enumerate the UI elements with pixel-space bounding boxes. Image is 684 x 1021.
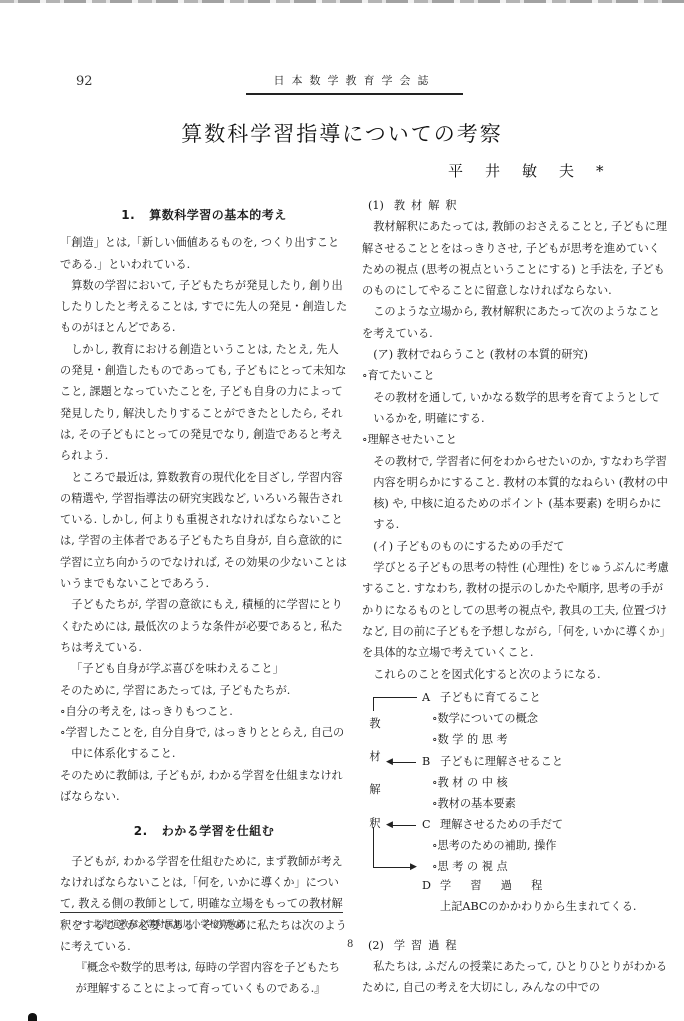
- footnote-affiliation: 北海道教育大学付属旭川小学校算数部: [93, 920, 246, 930]
- subsection-1-heading: (1)教材解釈: [362, 195, 670, 216]
- section-2-heading: 2.わかる学習を仕組む: [60, 821, 348, 842]
- paragraph: 算数の学習において, 子どもたちが発見したり, 創り出したりしたと考えることは,…: [60, 275, 348, 339]
- paragraph: 学びとる子どもの思考の特性 (心理性) をじゅうぶんに考慮すること. すなわち,…: [362, 557, 670, 663]
- footnote-mark: *: [78, 920, 83, 930]
- section-title: わかる学習を仕組む: [162, 824, 275, 838]
- bullet-item: ∘学習したことを, 自分自身で, はっきりととらえ, 自己の中に体系化すること.: [60, 722, 348, 765]
- vertical-label-char: 解: [368, 779, 382, 800]
- key-quote: 『概念や数学的思考は, 毎時の学習内容を子どもたちが理解することによって育ってい…: [60, 957, 348, 1000]
- footnote: *北海道教育大学付属旭川小学校算数部: [78, 917, 246, 930]
- item-b-heading: (イ) 子どものものにするための手だて: [362, 536, 670, 557]
- diagram-text: ∘教 材 の 中 核: [432, 776, 508, 789]
- diagram-text: ∘思 考 の 視 点: [432, 860, 508, 873]
- diagram-text: ∘数学についての概念: [432, 712, 538, 725]
- journal-running-head: 日本数学教育学会誌: [246, 72, 463, 95]
- arrow-right-icon: ▶: [410, 863, 417, 872]
- subsection-title: 学習過程: [394, 939, 463, 952]
- diagram-letter: C: [422, 814, 440, 835]
- diagram-row: ∘思考のための補助, 操作: [432, 835, 556, 856]
- diagram-row: ∘数学についての概念: [432, 708, 538, 729]
- vertical-label: 教 材 解 釈: [368, 707, 382, 834]
- key-quote: 「子ども自身が学ぶ喜びを味わえること」: [60, 658, 348, 679]
- diagram-row-d: D学 習 過 程: [422, 875, 546, 896]
- article-author: 平井敏夫*: [448, 160, 626, 181]
- paragraph: そのために教師は, 子どもが, わかる学習を仕組まなければならない.: [60, 765, 348, 808]
- paragraph: このような立場から, 教材解釈にあたって次のようなことを考えている.: [362, 301, 670, 344]
- diagram-tail: D学 習 過 程 上記ABCのかかわりから生まれてくる.: [362, 877, 670, 921]
- subsection-2-heading: (2)学習過程: [362, 935, 670, 956]
- left-column: 1.算数科学習の基本的考え 「創造」とは,「新しい価値あるものを, つくり出すこ…: [60, 205, 348, 1000]
- paragraph: 子どもたちが, 学習の意欲にもえ, 積極的に学習にとりくむためには, 最低次のよ…: [60, 594, 348, 658]
- arrow-left-icon: ◀: [386, 821, 393, 830]
- arrow-left-icon: ◀: [386, 758, 393, 767]
- subsection-number: (2): [368, 939, 384, 952]
- diagram-line-b: [392, 762, 416, 763]
- diagram-text: ∘教材の基本要素: [432, 797, 516, 810]
- article-title: 算数科学習指導についての考察: [0, 118, 684, 148]
- paragraph: そのために, 学習にあたっては, 子どもたちが.: [60, 680, 348, 701]
- diagram-letter: A: [422, 687, 440, 708]
- paragraph: しかし, 教育における創造ということは, たとえ, 先人の発見・創造したものであ…: [60, 339, 348, 467]
- right-column: (1)教材解釈 教材解釈にあたっては, 教師のおさえることと, 子どもに理解させ…: [362, 195, 670, 999]
- diagram-row: ∘教材の基本要素: [432, 793, 516, 814]
- point-label: ∘理解させたいこと: [362, 429, 670, 450]
- section-1-heading: 1.算数科学習の基本的考え: [60, 205, 348, 226]
- diagram-text: 学 習 過 程: [440, 879, 546, 892]
- page-marker: 8: [347, 939, 353, 950]
- diagram-row-c: C理解させるための手だて: [422, 814, 563, 835]
- vertical-label-char: 材: [368, 746, 382, 767]
- diagram-text: ∘数 学 的 思 考: [432, 733, 508, 746]
- diagram-line-a: [373, 697, 417, 698]
- diagram-row: 上記ABCのかかわりから生まれてくる.: [440, 896, 636, 917]
- diagram-row-a: A子どもに育てること: [422, 687, 541, 708]
- footnote-divider: [60, 912, 343, 913]
- section-number: 2.: [134, 824, 148, 838]
- page-number: 92: [76, 74, 93, 89]
- paragraph: 「創造」とは,「新しい価値あるものを, つくり出すことである.」といわれている.: [60, 232, 348, 275]
- paragraph: ところで最近は, 算数教育の現代化を目ざし, 学習内容の精選や, 学習指導法の研…: [60, 467, 348, 595]
- bullet-item: ∘自分の考えを, はっきりもつこと.: [60, 701, 348, 722]
- vertical-label-char: 教: [368, 713, 382, 734]
- subsection-title: 教材解釈: [394, 199, 463, 212]
- diagram-text: ∘思考のための補助, 操作: [432, 839, 556, 852]
- diagram-text: 子どもに育てること: [440, 691, 541, 704]
- diagram-line-c: [392, 825, 416, 826]
- point-text: その教材を通して, いかなる数学的思考を育てようとしているかを, 明確にする.: [362, 387, 670, 430]
- scan-artifact: [28, 1013, 37, 1021]
- diagram-text: 理解させるための手だて: [440, 818, 563, 831]
- teaching-material-diagram: ▶ ◀ ◀ 教 材 解 釈 A子どもに育てること ∘数学についての概念 ∘数 学…: [362, 687, 670, 877]
- diagram-letter: B: [422, 751, 440, 772]
- diagram-intro: これらのことを図式化すると次のようになる.: [362, 664, 670, 685]
- scan-edge-artifact: [0, 0, 684, 3]
- vertical-label-char: 釈: [368, 813, 382, 834]
- diagram-text: 子どもに理解させること: [440, 755, 563, 768]
- section-title: 算数科学習の基本的考え: [149, 208, 287, 222]
- diagram-line-d: [373, 867, 413, 868]
- paragraph: 子どもが, わかる学習を仕組むために, まず教師が考えなければならないことは,「…: [60, 851, 348, 957]
- subsection-number: (1): [368, 199, 384, 212]
- diagram-row-b: B子どもに理解させること: [422, 751, 563, 772]
- paragraph: 教材解釈にあたっては, 教師のおさえることと, 子どもに理解させることとをはっき…: [362, 216, 670, 301]
- diagram-text: 上記ABCのかかわりから生まれてくる.: [440, 900, 636, 913]
- section-number: 1.: [121, 208, 135, 222]
- item-a-heading: (ア) 教材でねらうこと (教材の本質的研究): [362, 344, 670, 365]
- paragraph: 私たちは, ふだんの授業にあたって, ひとりひとりがわかるために, 自己の考えを…: [362, 956, 670, 999]
- diagram-row: ∘教 材 の 中 核: [432, 772, 508, 793]
- point-label: ∘育てたいこと: [362, 365, 670, 386]
- diagram-row: ∘数 学 的 思 考: [432, 729, 508, 750]
- diagram-letter: D: [422, 875, 440, 896]
- point-text: その教材で, 学習者に何をわからせたいのか, すなわち学習内容を明らかにすること…: [362, 451, 670, 536]
